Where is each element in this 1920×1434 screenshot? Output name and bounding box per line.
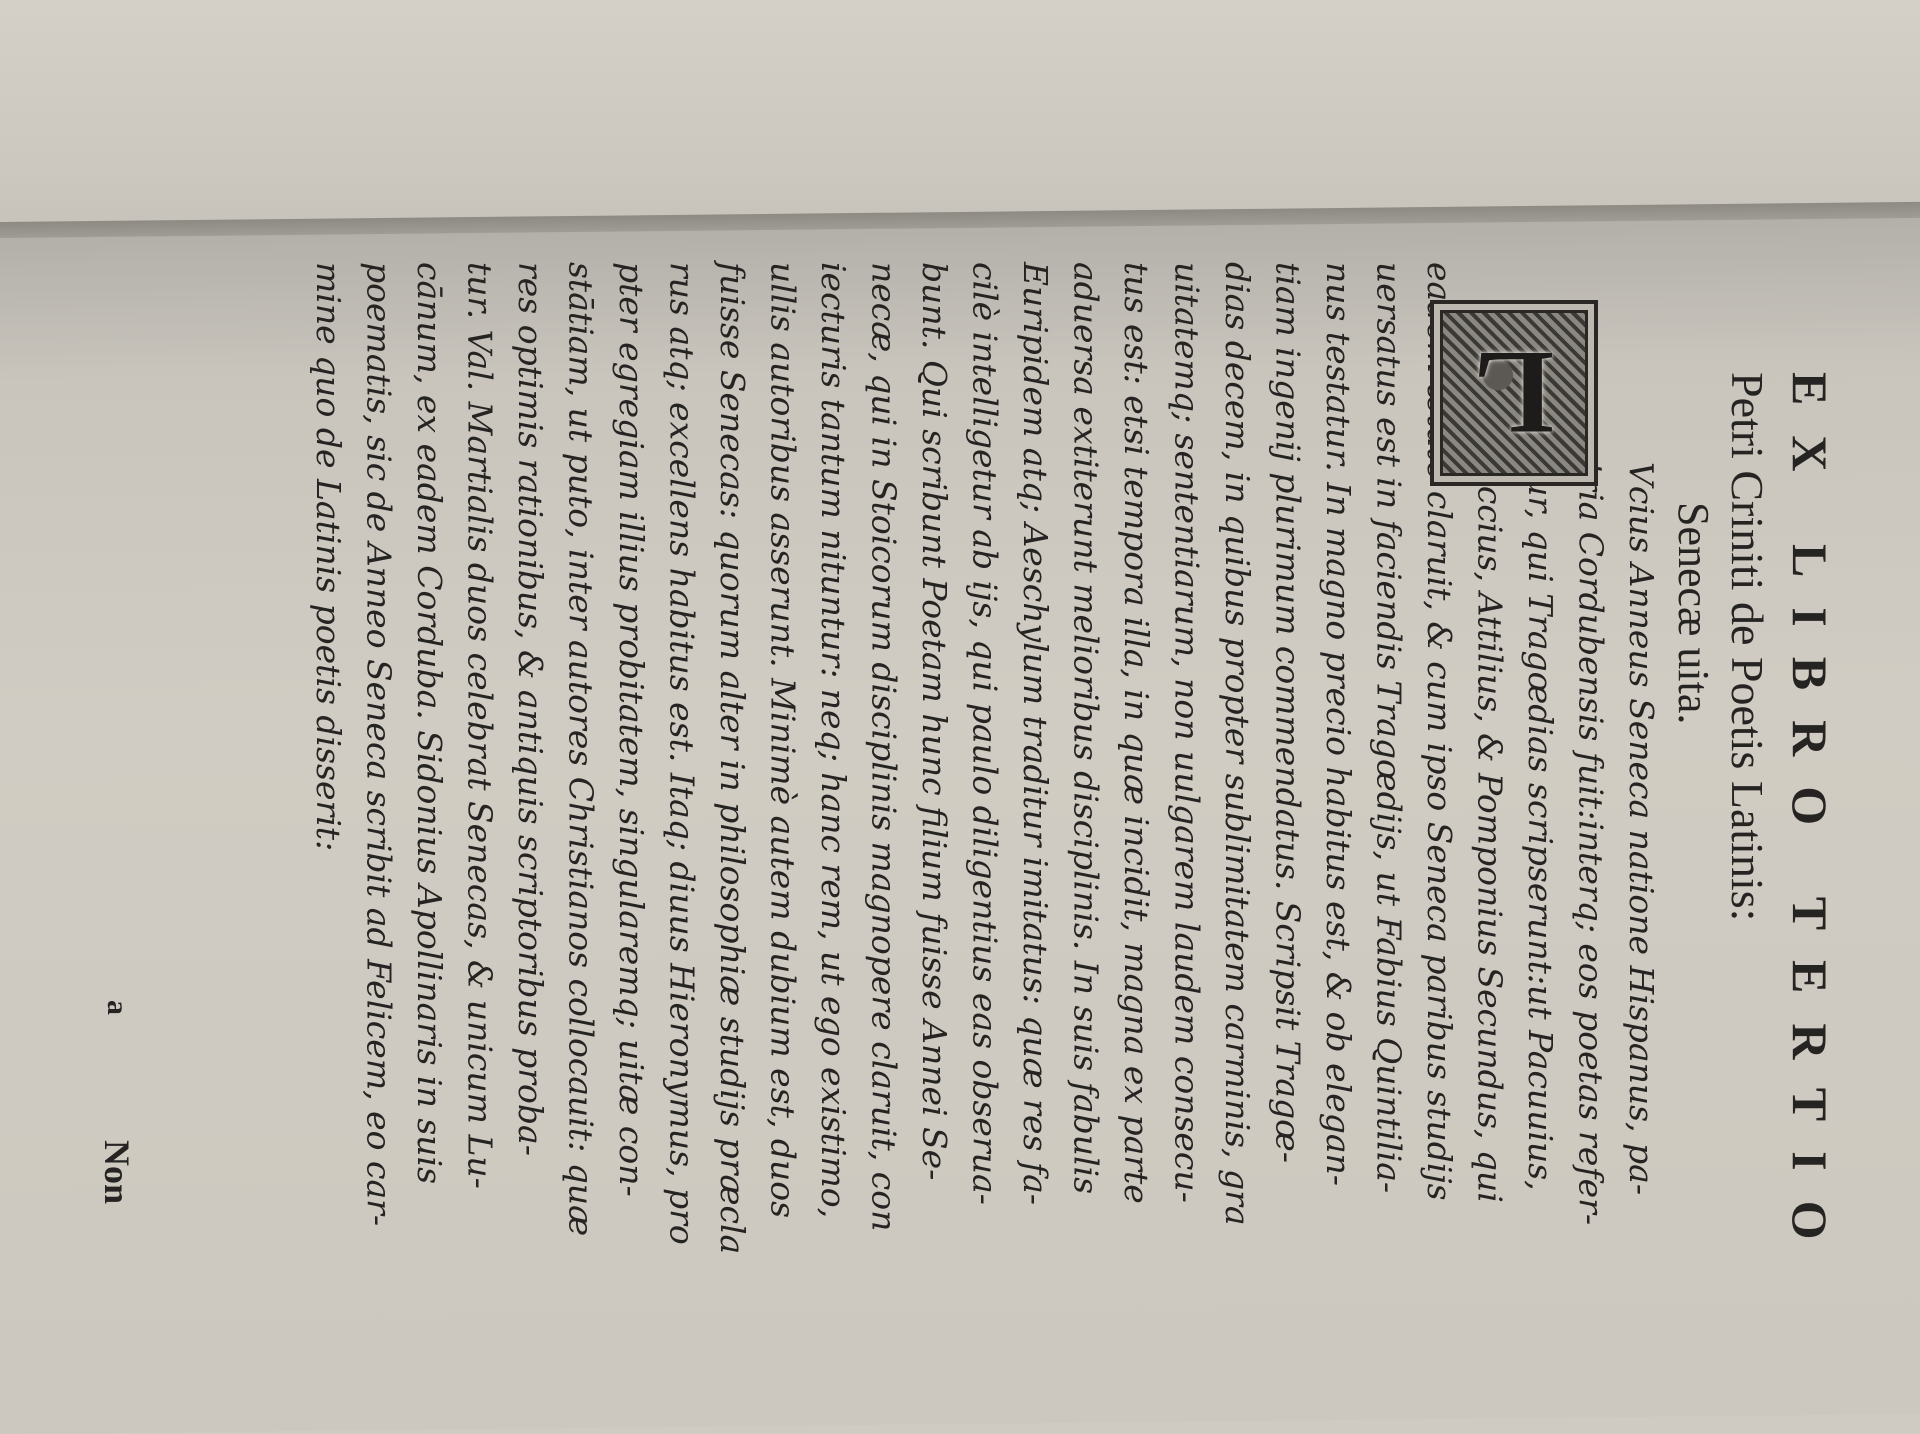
- text-line: Vcius Anneus Seneca natione Hispanus, pa…: [1616, 262, 1667, 1362]
- text-line: dias decem, in quibus propter sublimitat…: [1212, 262, 1263, 1362]
- text-line: pter egregiam illius probitatem, singula…: [606, 262, 657, 1362]
- text-line: tus est: etsi tempora illa, in quæ incid…: [1111, 262, 1162, 1362]
- text-line: aduersa extiterunt melioribus disciplini…: [1060, 262, 1111, 1362]
- text-line: uitatemq; sententiarum, non uulgarem lau…: [1161, 262, 1212, 1362]
- text-line: fuisse Senecas: quorum alter in philosop…: [707, 262, 758, 1362]
- page-title: Petri Criniti de Poetis Latinis:: [1720, 262, 1774, 1362]
- catchword: Non: [96, 1140, 138, 1204]
- drop-cap-letter: L: [1425, 313, 1603, 473]
- text-line: nus testatur. In magno precio habitus es…: [1313, 262, 1364, 1362]
- running-head: EX LIBRO TERTIO: [1780, 262, 1840, 1362]
- text-line: uersatus est in faciendis Tragœdijs, ut …: [1363, 262, 1414, 1362]
- page-text-block: EX LIBRO TERTIO Petri Criniti de Poetis …: [40, 262, 1840, 1362]
- text-line: cānum, ex eadem Corduba. Sidonius Apolli…: [404, 262, 455, 1362]
- text-line: poematis, sic de Anneo Seneca scribit ad…: [353, 262, 404, 1362]
- text-line: bunt. Qui scribunt Poetam hunc filium fu…: [909, 262, 960, 1362]
- text-line: stātiam, ut puto, inter autores Christia…: [555, 262, 606, 1362]
- text-line: rus atq; excellens habitus est. Itaq; di…: [656, 262, 707, 1362]
- text-line: ullis autoribus asserunt. Minimè autem d…: [757, 262, 808, 1362]
- text-line: necæ, qui in Stoicorum disciplinis magno…: [858, 262, 909, 1362]
- signature-mark: a: [100, 1000, 134, 1015]
- text-line: cilè intelligetur ab ijs, qui paulo dili…: [959, 262, 1010, 1362]
- text-line: tur. Val. Martialis duos celebrat Seneca…: [454, 262, 505, 1362]
- ornamental-initial-icon: L: [1430, 300, 1598, 486]
- section-subtitle: Senecæ uita.: [1666, 262, 1720, 1362]
- text-line: Euripidem atq; Aeschylum traditur imitat…: [1010, 262, 1061, 1362]
- text-line: tiam ingenij plurimum commendatus. Scrip…: [1262, 262, 1313, 1362]
- text-line: mine quo de Latinis poetis disserit:: [303, 262, 354, 1362]
- text-line: res optimis rationibus, & antiquis scrip…: [505, 262, 556, 1362]
- text-line: iecturis tantum nituntur: neq; hanc rem,…: [808, 262, 859, 1362]
